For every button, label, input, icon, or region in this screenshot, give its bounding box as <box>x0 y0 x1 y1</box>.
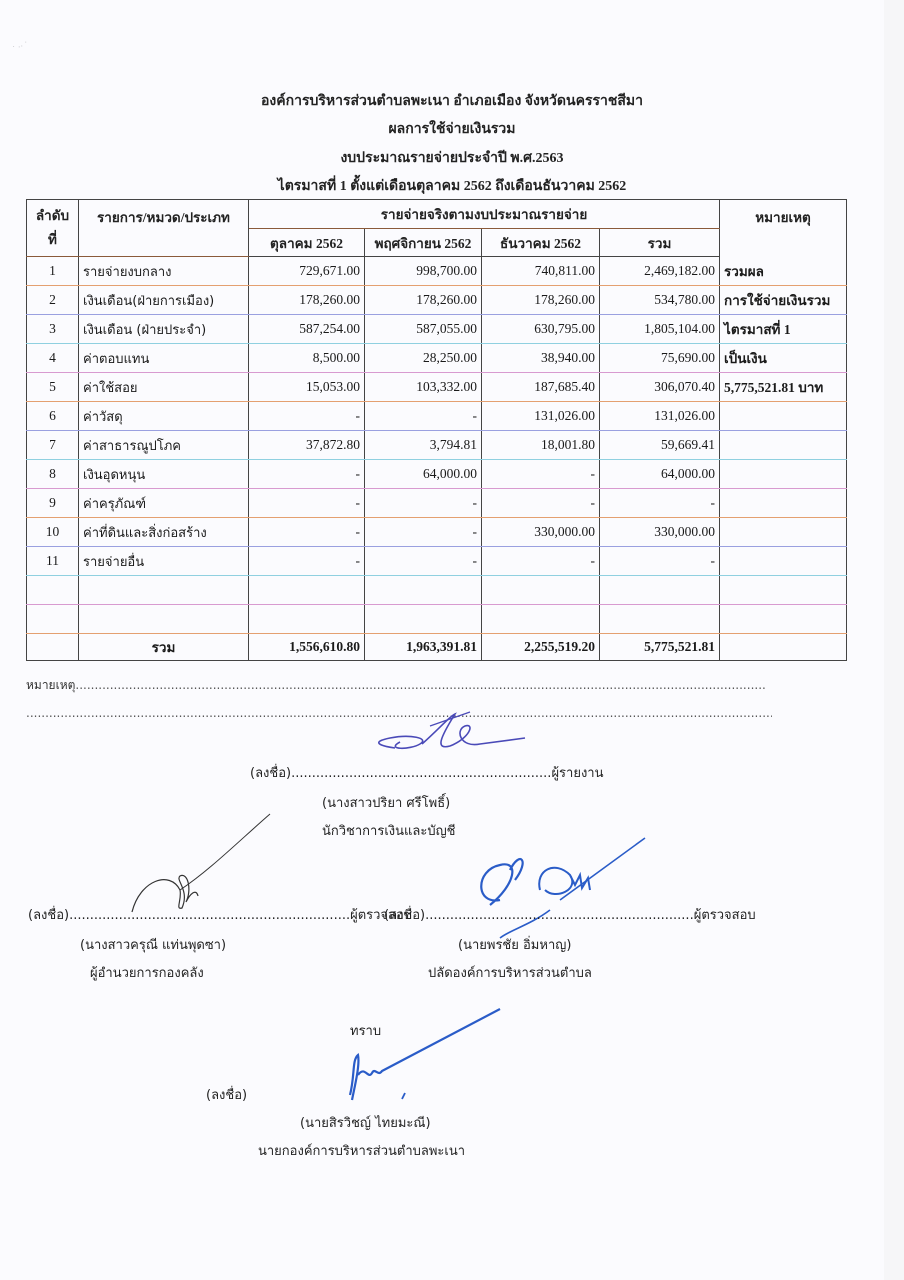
acknowledge-position: นายกองค์การบริหารส่วนตำบลพะเนา <box>258 1140 465 1161</box>
table-row: 4ค่าตอบแทน8,500.0028,250.0038,940.0075,6… <box>27 344 847 373</box>
remarks-line-1: หมายเหตุ................................… <box>26 676 766 695</box>
checker-right-position: ปลัดองค์การบริหารส่วนตำบล <box>428 962 592 983</box>
reporter-position: นักวิชาการเงินและบัญชี <box>322 820 456 841</box>
cell-item: เงินอุดหนุน <box>79 460 249 489</box>
cell-nov: - <box>365 518 482 547</box>
cell-total: - <box>600 547 720 576</box>
cell-ordinal: 5 <box>27 373 79 402</box>
cell-item: เงินเดือน(ฝ่ายการเมือง) <box>79 286 249 315</box>
report-period: ไตรมาสที่ 1 ตั้งแต่เดือนตุลาคม 2562 ถึงเ… <box>0 175 904 197</box>
cell-dec: 630,795.00 <box>482 315 600 344</box>
cell-dec: 187,685.40 <box>482 373 600 402</box>
remarks-dots-1: ........................................… <box>75 678 766 692</box>
cell-note <box>720 605 847 634</box>
cell-dec: - <box>482 547 600 576</box>
reporter-role: ผู้รายงาน <box>551 766 603 781</box>
cell-ordinal: 11 <box>27 547 79 576</box>
cell-nov: 103,332.00 <box>365 373 482 402</box>
cell-nov: 64,000.00 <box>365 460 482 489</box>
checker-right-name: (นายพรชัย อิ่มหาญ) <box>458 934 571 955</box>
header-ordinal: ลำดับ ที่ <box>27 200 79 257</box>
table-row: 5ค่าใช้สอย15,053.00103,332.00187,685.403… <box>27 373 847 402</box>
cell-total: 2,469,182.00 <box>600 257 720 286</box>
organization-title: องค์การบริหารส่วนตำบลพะเนา อำเภอเมือง จั… <box>0 90 904 112</box>
cell-total: 330,000.00 <box>600 518 720 547</box>
checker-right-role: ผู้ตรวจสอบ <box>694 908 756 923</box>
cell-dec: 330,000.00 <box>482 518 600 547</box>
total-dec: 2,255,519.20 <box>482 634 600 661</box>
table-row <box>27 605 847 634</box>
scan-smudge: · ‥ · <box>11 38 29 52</box>
cell-ordinal: 1 <box>27 257 79 286</box>
acknowledge-sign-prefix: (ลงชื่อ) <box>206 1084 247 1105</box>
cell-item <box>79 576 249 605</box>
reporter-name: (นางสาวปริยา ศรีโพธิ์) <box>322 792 450 813</box>
acknowledge-name: (นายสิรวิชญ์ ไทยมะณี) <box>300 1112 431 1133</box>
table-row: 10ค่าที่ดินและสิ่งก่อสร้าง--330,000.0033… <box>27 518 847 547</box>
table-row: 6ค่าวัสดุ--131,026.00131,026.00 <box>27 402 847 431</box>
total-oct: 1,556,610.80 <box>249 634 365 661</box>
cell-oct: - <box>249 402 365 431</box>
cell-ordinal: 4 <box>27 344 79 373</box>
header-month-nov: พฤศจิกายน 2562 <box>365 229 482 257</box>
cell-note: การใช้จ่ายเงินรวม <box>720 286 847 315</box>
header-month-oct: ตุลาคม 2562 <box>249 229 365 257</box>
reporter-sign-line: (ลงชื่อ)................................… <box>250 762 604 783</box>
header-month-dec: ธันวาคม 2562 <box>482 229 600 257</box>
cell-item: ค่าวัสดุ <box>79 402 249 431</box>
cell-ordinal <box>27 576 79 605</box>
cell-dec: - <box>482 460 600 489</box>
cell-total: 306,070.40 <box>600 373 720 402</box>
cell-ordinal: 9 <box>27 489 79 518</box>
cell-dec: 131,026.00 <box>482 402 600 431</box>
cell-note <box>720 576 847 605</box>
cell-item: ค่าสาธารณูปโภค <box>79 431 249 460</box>
cell-oct: - <box>249 460 365 489</box>
table-row: 1รายจ่ายงบกลาง729,671.00998,700.00740,81… <box>27 257 847 286</box>
reporter-sign-prefix: (ลงชื่อ) <box>250 766 291 781</box>
cell-item: เงินเดือน (ฝ่ายประจำ) <box>79 315 249 344</box>
cell-dec: - <box>482 489 600 518</box>
cell-dec <box>482 605 600 634</box>
reporter-sign-dots: ........................................… <box>291 766 551 781</box>
cell-total: 64,000.00 <box>600 460 720 489</box>
cell-item: รายจ่ายอื่น <box>79 547 249 576</box>
checker-left-sign-line: (ลงชื่อ)................................… <box>28 904 412 925</box>
cell-total <box>600 605 720 634</box>
cell-item: ค่าครุภัณฑ์ <box>79 489 249 518</box>
cell-total: 59,669.41 <box>600 431 720 460</box>
total-cell-note <box>720 634 847 661</box>
checker-left-sign-dots: ........................................… <box>69 908 350 923</box>
header-budget-group: รายจ่ายจริงตามงบประมาณรายจ่าย <box>249 200 720 229</box>
cell-total: 131,026.00 <box>600 402 720 431</box>
cell-ordinal: 3 <box>27 315 79 344</box>
table-row: 8เงินอุดหนุน-64,000.00-64,000.00 <box>27 460 847 489</box>
budget-year: งบประมาณรายจ่ายประจำปี พ.ศ.2563 <box>0 147 904 169</box>
cell-dec: 740,811.00 <box>482 257 600 286</box>
table-row: 7ค่าสาธารณูปโภค37,872.803,794.8118,001.8… <box>27 431 847 460</box>
cell-note: รวมผล <box>720 257 847 286</box>
reporter-signature-icon <box>360 708 530 758</box>
cell-nov <box>365 576 482 605</box>
cell-dec: 18,001.80 <box>482 431 600 460</box>
cell-ordinal: 2 <box>27 286 79 315</box>
total-grand: 5,775,521.81 <box>600 634 720 661</box>
table-row: 2เงินเดือน(ฝ่ายการเมือง)178,260.00178,26… <box>27 286 847 315</box>
checker-left-sign-prefix: (ลงชื่อ) <box>28 908 69 923</box>
cell-note <box>720 460 847 489</box>
table-row <box>27 576 847 605</box>
total-nov: 1,963,391.81 <box>365 634 482 661</box>
cell-oct: - <box>249 518 365 547</box>
cell-item: ค่าที่ดินและสิ่งก่อสร้าง <box>79 518 249 547</box>
cell-item: ค่าตอบแทน <box>79 344 249 373</box>
cell-note: เป็นเงิน <box>720 344 847 373</box>
cell-oct <box>249 576 365 605</box>
header-ordinal-line2: ที่ <box>48 232 57 247</box>
cell-note: 5,775,521.81 บาท <box>720 373 847 402</box>
remarks-label: หมายเหตุ <box>26 678 75 692</box>
total-cell-ordinal <box>27 634 79 661</box>
cell-nov: - <box>365 547 482 576</box>
cell-nov <box>365 605 482 634</box>
cell-note <box>720 431 847 460</box>
cell-note <box>720 518 847 547</box>
cell-oct: 8,500.00 <box>249 344 365 373</box>
cell-oct: 587,254.00 <box>249 315 365 344</box>
cell-note: ไตรมาสที่ 1 <box>720 315 847 344</box>
cell-note <box>720 402 847 431</box>
cell-oct: 178,260.00 <box>249 286 365 315</box>
cell-total: 1,805,104.00 <box>600 315 720 344</box>
cell-total: 534,780.00 <box>600 286 720 315</box>
cell-nov: 998,700.00 <box>365 257 482 286</box>
header-total: รวม <box>600 229 720 257</box>
cell-dec <box>482 576 600 605</box>
cell-ordinal: 7 <box>27 431 79 460</box>
checker-right-sign-dots: ........................................… <box>425 908 694 923</box>
checker-left-position: ผู้อำนวยการกองคลัง <box>90 962 204 983</box>
cell-item <box>79 605 249 634</box>
cell-oct: - <box>249 547 365 576</box>
cell-nov: 587,055.00 <box>365 315 482 344</box>
expenditure-table: ลำดับ ที่ รายการ/หมวด/ประเภท รายจ่ายจริง… <box>26 199 847 661</box>
cell-oct <box>249 605 365 634</box>
table-row: 3เงินเดือน (ฝ่ายประจำ)587,254.00587,055.… <box>27 315 847 344</box>
cell-total: 75,690.00 <box>600 344 720 373</box>
cell-item: ค่าใช้สอย <box>79 373 249 402</box>
cell-nov: 178,260.00 <box>365 286 482 315</box>
cell-oct: - <box>249 489 365 518</box>
header-item: รายการ/หมวด/ประเภท <box>79 200 249 257</box>
cell-nov: - <box>365 489 482 518</box>
cell-total: - <box>600 489 720 518</box>
checker-left-name: (นางสาวครุณี แท่นพุดซา) <box>80 934 226 955</box>
report-title: ผลการใช้จ่ายเงินรวม <box>0 118 904 140</box>
header-ordinal-line1: ลำดับ <box>36 208 69 223</box>
cell-dec: 38,940.00 <box>482 344 600 373</box>
cell-note <box>720 489 847 518</box>
cell-ordinal <box>27 605 79 634</box>
cell-nov: 28,250.00 <box>365 344 482 373</box>
table-row: 11รายจ่ายอื่น---- <box>27 547 847 576</box>
cell-ordinal: 8 <box>27 460 79 489</box>
cell-note <box>720 547 847 576</box>
checker-right-sign-prefix: (ลงชื่อ) <box>384 908 425 923</box>
checker-right-sign-line: (ลงชื่อ)................................… <box>384 904 756 925</box>
cell-oct: 729,671.00 <box>249 257 365 286</box>
cell-ordinal: 10 <box>27 518 79 547</box>
cell-total <box>600 576 720 605</box>
acknowledge-signature-icon <box>330 1005 510 1105</box>
table-row: 9ค่าครุภัณฑ์---- <box>27 489 847 518</box>
cell-ordinal: 6 <box>27 402 79 431</box>
cell-dec: 178,260.00 <box>482 286 600 315</box>
cell-nov: - <box>365 402 482 431</box>
cell-item: รายจ่ายงบกลาง <box>79 257 249 286</box>
header-note: หมายเหตุ <box>720 200 847 257</box>
cell-nov: 3,794.81 <box>365 431 482 460</box>
table-total-row: รวม1,556,610.801,963,391.812,255,519.205… <box>27 634 847 661</box>
cell-oct: 37,872.80 <box>249 431 365 460</box>
total-label: รวม <box>79 634 249 661</box>
cell-oct: 15,053.00 <box>249 373 365 402</box>
